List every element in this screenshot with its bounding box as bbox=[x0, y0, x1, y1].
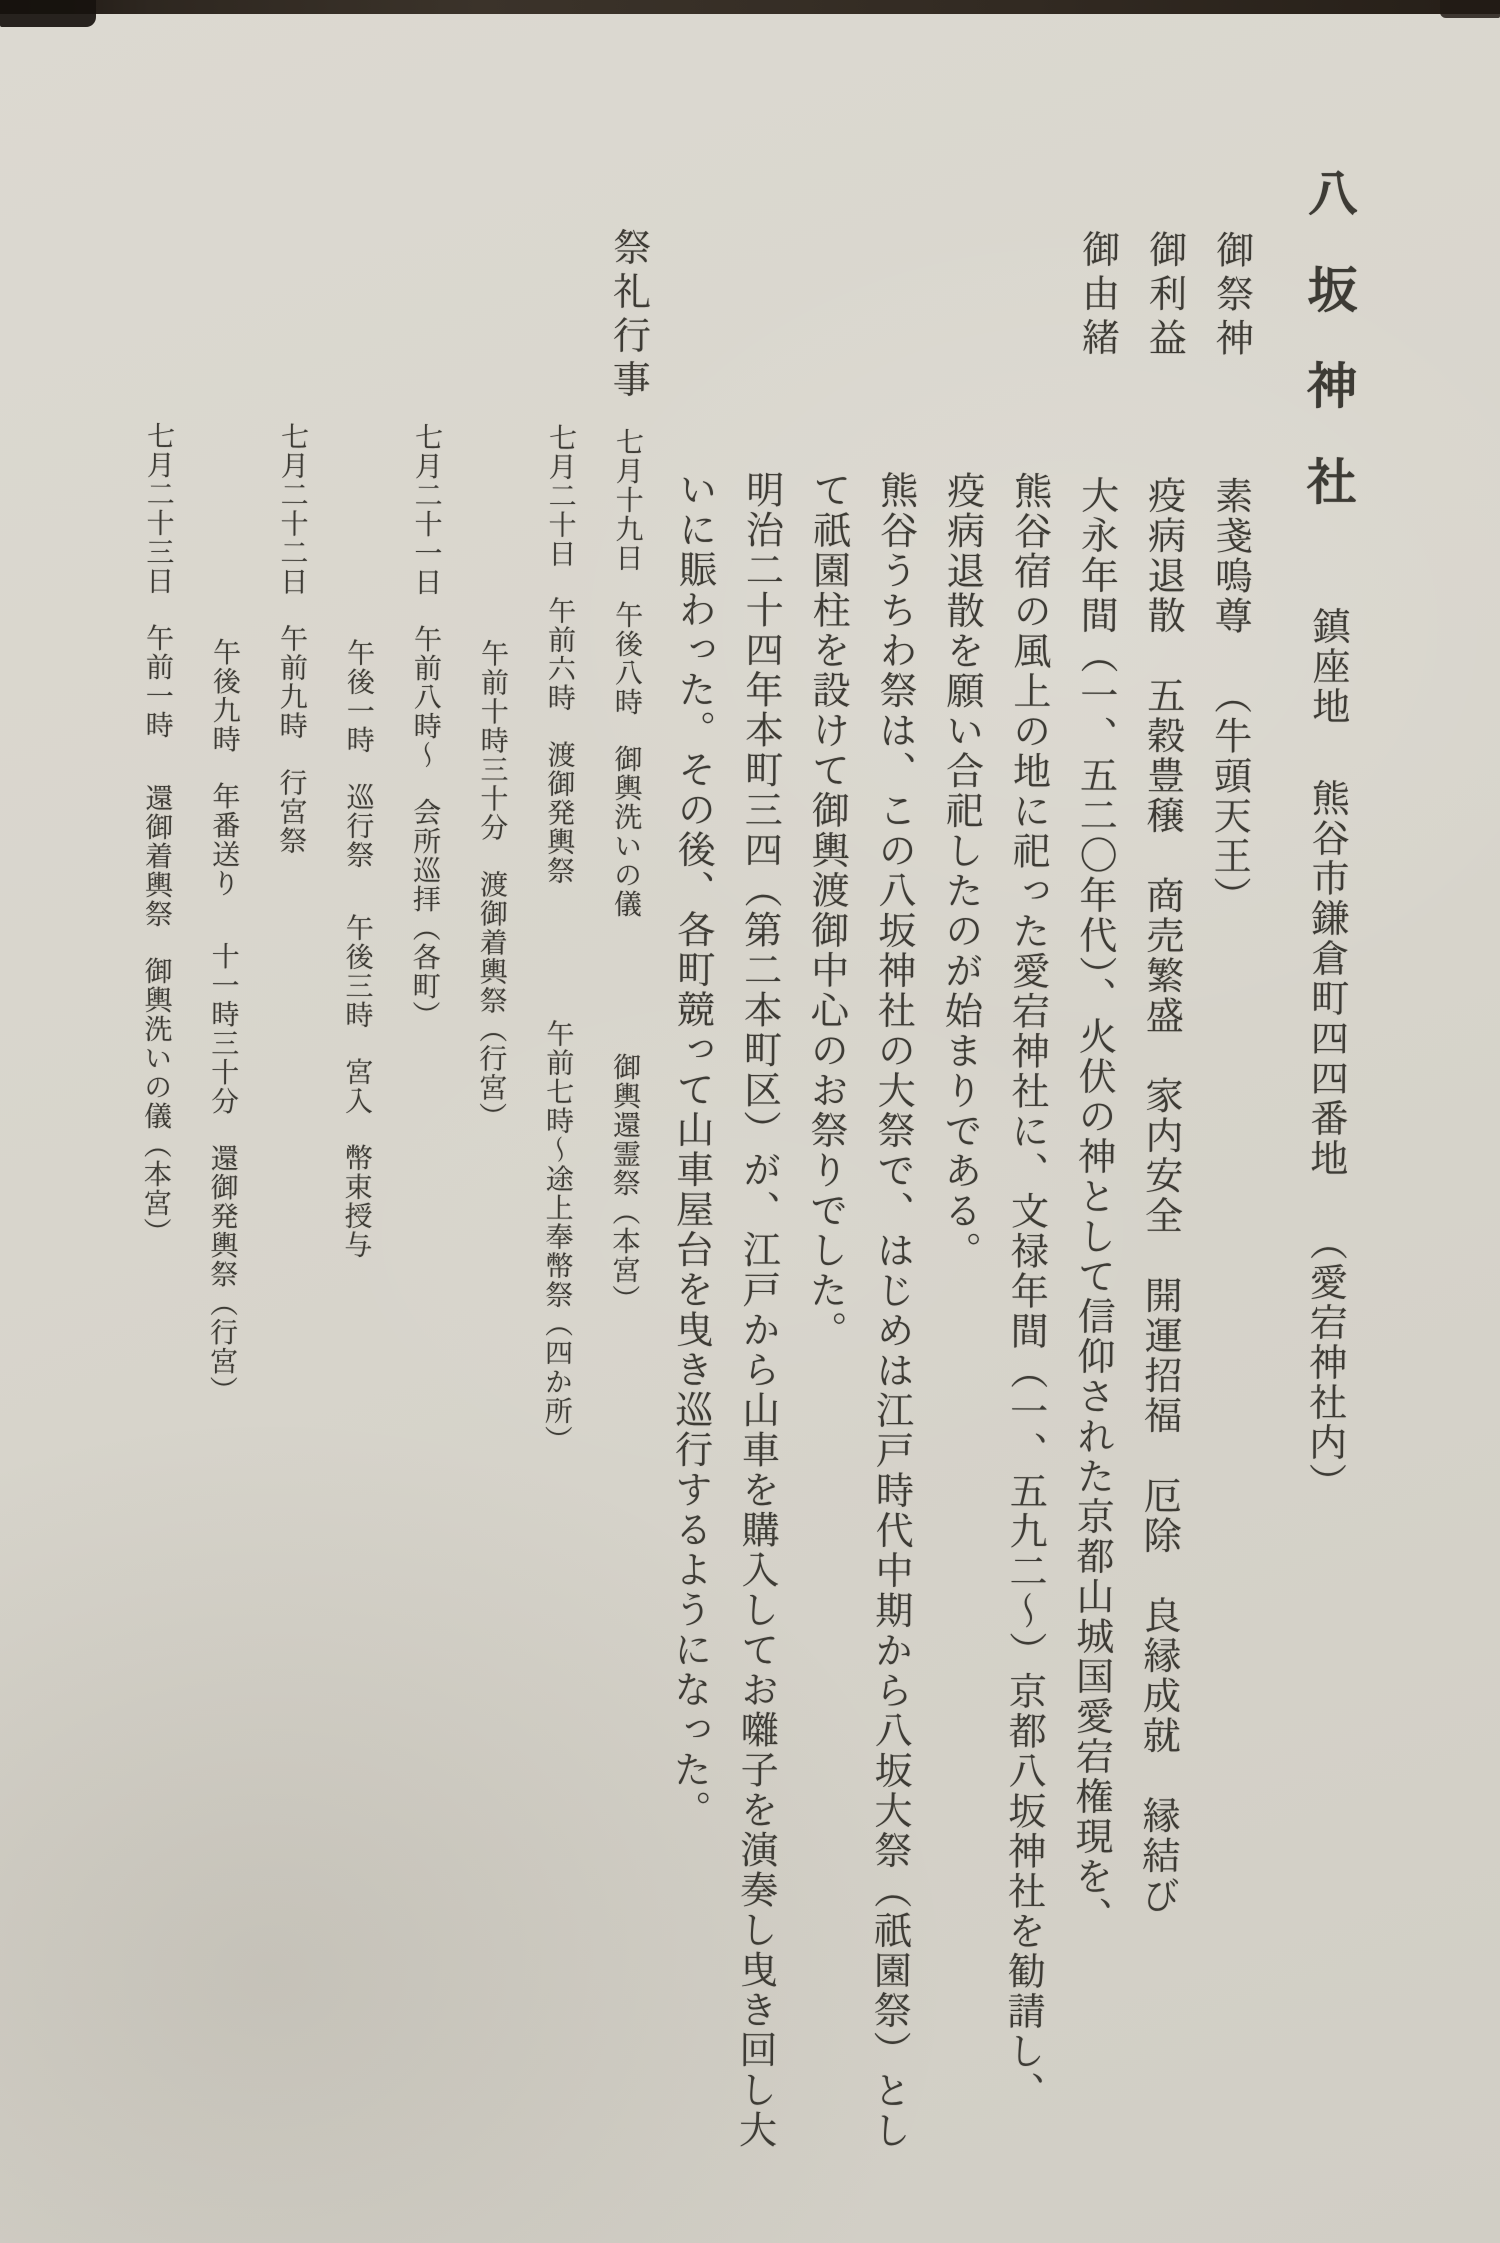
history-header: 御由緒 bbox=[1075, 229, 1118, 361]
event-item: 午前六時 bbox=[544, 596, 576, 712]
notice-text: 八坂神社 鎮座地 熊谷市鎌倉町四四番地 （愛宕神社内） 御祭神 素戔嗚尊 （牛頭… bbox=[0, 0, 1500, 2243]
event-item: 宮入 bbox=[341, 1057, 372, 1115]
blessings-header: 御利益 bbox=[1142, 230, 1185, 362]
events-column-jul19: 祭礼行事 七月十九日 午後八時 御輿洗いの儀 御輿還霊祭（本宮） bbox=[600, 0, 648, 2243]
event-item: 午後八時 bbox=[611, 600, 643, 716]
events-column-jul21: 七月二十一日 午前八時〜 会所巡拝（各町） bbox=[404, 0, 442, 2242]
event-item: 会所巡拝（各町） bbox=[408, 798, 440, 1030]
blessings-column: 御利益 疫病退散 五穀豊穣 商売繁盛 家内安全 開運招福 厄除 良縁成就 縁結び bbox=[1136, 2, 1184, 2243]
event-date: 七月二十三日 bbox=[142, 421, 174, 595]
history-line: いに賑わった。その後、各町競って山車屋台を曳き巡行するようになった。 bbox=[667, 470, 715, 1830]
history-line: 大永年間（一、五二〇年代）、火伏の神として信仰された京都山城国愛宕権現を、 bbox=[1068, 475, 1116, 1936]
history-line: 明治二十四年本町三四（第二本町区）が、江戸から山車を購入してお囃子を演奏し曳き回… bbox=[733, 470, 782, 2150]
history-column-4: 熊谷うちわ祭は、この八坂神社の大祭で、はじめは江戸時代中期から八坂大祭（祇園祭）… bbox=[868, 1, 916, 2243]
blessing-item: 家内安全 bbox=[1139, 1076, 1182, 1236]
event-item: 午前十時三十分 bbox=[476, 639, 508, 842]
title-column: 八坂神社 鎮座地 熊谷市鎌倉町四四番地 （愛宕神社内） bbox=[1295, 2, 1355, 2243]
deity-note: （牛頭天王） bbox=[1207, 676, 1250, 916]
events-column-jul23: 七月二十三日 午前一時 還御着輿祭 御輿洗いの儀（本宮） bbox=[136, 0, 174, 2240]
event-item: 午後九時 bbox=[209, 638, 241, 754]
shrine-notice-photo: 八坂神社 鎮座地 熊谷市鎌倉町四四番地 （愛宕神社内） 御祭神 素戔嗚尊 （牛頭… bbox=[0, 0, 1500, 2243]
event-item: 行宮祭 bbox=[275, 768, 306, 855]
deity-header: 御祭神 bbox=[1209, 230, 1252, 362]
history-column-3: 疫病退散を願い合祀したのが始まりである。 bbox=[935, 1, 983, 2243]
event-item: 年番送り bbox=[208, 782, 240, 898]
blessing-item: 開運招福 bbox=[1138, 1276, 1181, 1436]
events-column-jul20-cont: 午前十時三十分 渡御着輿祭（行宮） bbox=[471, 0, 509, 2242]
event-item: 午前七時〜途上奉幣祭（四か所） bbox=[541, 1019, 574, 1454]
blessing-item: 良縁成就 bbox=[1136, 1596, 1179, 1756]
event-item: 午後一時 bbox=[343, 638, 375, 754]
event-item: 午前八時〜 bbox=[410, 625, 442, 770]
events-column-jul22-cont: 午後九時 年番送り 十一時三十分 還御発輿祭（行宮） bbox=[203, 0, 241, 2241]
event-item: 渡御着輿祭（行宮） bbox=[475, 870, 507, 1131]
seat-label: 鎮座地 bbox=[1306, 606, 1349, 726]
event-item: 午前一時 bbox=[142, 623, 174, 739]
event-item: 還御発輿祭（行宮） bbox=[206, 1144, 238, 1405]
shrine-title: 八坂神社 bbox=[1299, 167, 1357, 551]
history-line: 熊谷宿の風上の地に祀った愛宕神社に、文禄年間（一、五九二〜）京都八坂神社を勧請し… bbox=[1001, 471, 1050, 2111]
events-header: 祭礼行事 bbox=[606, 227, 649, 403]
history-column-5: て祇園柱を設けて御輿渡御中心のお祭りでした。 bbox=[801, 0, 849, 2243]
history-line: て祇園柱を設けて御輿渡御中心のお祭りでした。 bbox=[803, 470, 849, 1350]
history-column-2: 熊谷宿の風上の地に祀った愛宕神社に、文禄年間（一、五九二〜）京都八坂神社を勧請し… bbox=[1002, 1, 1050, 2243]
event-item: 御輿洗いの儀 bbox=[610, 744, 642, 918]
event-item: 還御着輿祭 bbox=[141, 783, 173, 928]
events-column-jul20: 七月二十日 午前六時 渡御発輿祭 午前七時〜途上奉幣祭（四か所） bbox=[538, 0, 576, 2242]
history-column-7: いに賑わった。その後、各町競って山車屋台を曳き巡行するようになった。 bbox=[667, 0, 715, 2243]
history-line: 熊谷うちわ祭は、この八坂神社の大祭で、はじめは江戸時代中期から八坂大祭（祇園祭）… bbox=[867, 471, 916, 2151]
event-item: 午前九時 bbox=[276, 624, 308, 740]
seat-note: （愛宕神社内） bbox=[1302, 1222, 1345, 1502]
event-item: 十一時三十分 bbox=[207, 942, 239, 1116]
event-item: 午後三時 bbox=[341, 913, 373, 1029]
blessing-item: 縁結び bbox=[1136, 1796, 1179, 1916]
events-column-jul22: 七月二十二日 午前九時 行宮祭 bbox=[270, 0, 308, 2241]
blessing-item: 厄除 bbox=[1137, 1476, 1179, 1556]
event-item: 御輿洗いの儀（本宮） bbox=[139, 956, 171, 1246]
seat-address: 熊谷市鎌倉町四四番地 bbox=[1304, 778, 1348, 1178]
history-column-1: 御由緒 大永年間（一、五二〇年代）、火伏の神として信仰された京都山城国愛宕権現を… bbox=[1069, 1, 1117, 2243]
deity-name: 素戔嗚尊 bbox=[1208, 476, 1251, 636]
event-date: 七月二十日 bbox=[544, 423, 576, 568]
blessing-item: 疫病退散 bbox=[1141, 476, 1184, 636]
deity-column: 御祭神 素戔嗚尊 （牛頭天王） bbox=[1203, 2, 1251, 2243]
event-item: 幣束授与 bbox=[340, 1143, 372, 1259]
event-date: 七月二十二日 bbox=[276, 422, 308, 596]
event-date: 七月二十一日 bbox=[410, 423, 442, 597]
event-date: 七月十九日 bbox=[611, 427, 643, 572]
event-item: 渡御発輿祭 bbox=[543, 740, 575, 885]
blessing-item: 商売繁盛 bbox=[1139, 876, 1182, 1036]
history-line: 疫病退散を願い合祀したのが始まりである。 bbox=[937, 471, 982, 1271]
event-item: 御輿還霊祭（本宮） bbox=[608, 1052, 640, 1313]
blessing-item: 五穀豊穣 bbox=[1140, 676, 1183, 836]
events-column-jul21-cont: 午後一時 巡行祭 午後三時 宮入 幣束授与 bbox=[337, 0, 375, 2241]
history-column-6: 明治二十四年本町三四（第二本町区）が、江戸から山車を購入してお囃子を演奏し曳き回… bbox=[734, 0, 782, 2243]
event-item: 巡行祭 bbox=[342, 782, 373, 869]
